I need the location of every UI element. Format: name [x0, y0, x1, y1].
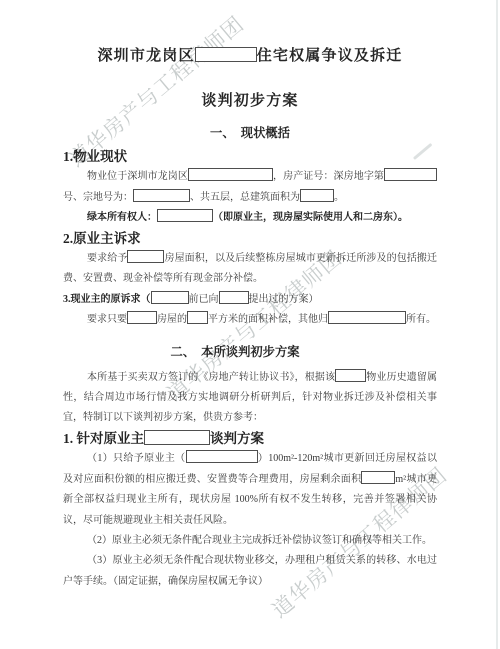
redaction-box [328, 311, 406, 324]
redaction-box [195, 47, 257, 62]
paragraph: 1. 针对原业主谈判方案 [63, 429, 437, 449]
text-run: ，房产证号：深房地字第 [273, 171, 384, 182]
paragraph: 二、 本所谈判初步方案 [63, 343, 407, 361]
paragraph: 一、 现状概括 [63, 124, 437, 142]
paragraph: 绿本所有权人：（即原业主，现房屋实际使用人和二房东）。 [63, 208, 437, 228]
redaction-box [157, 209, 213, 222]
paragraph: 2.原业主诉求 [63, 229, 437, 249]
text-run: （3）原业主必须无条件配合现状物业移交，办理租户租赁关系的转移、水电过户等手续。… [63, 555, 437, 586]
paragraph: （1）只给予原业主（）100m²-120m²城市更新回迁房屋权益以及对应面积份额… [63, 449, 437, 531]
paragraph: 要求只要房屋的平方米的面积补偿，其他归所有。 [63, 310, 437, 330]
paragraph: 深圳市龙岗区住宅权属争议及拆迁 [63, 46, 437, 66]
paragraph: 谈判初步方案 [63, 91, 437, 111]
text-run: 谈判方案 [210, 431, 264, 446]
text-run: （1）只给予原业主（ [87, 453, 186, 464]
redaction-box [335, 369, 366, 382]
text-run: 一、 现状概括 [210, 126, 290, 140]
text-run: 。 [334, 192, 344, 203]
redaction-box [144, 430, 210, 445]
paragraph: 本所基于买卖双方签订的《房地产转让协议书》，根据该物业历史遗留属性，结合周边市场… [63, 368, 437, 429]
paragraph: （2）原业主必须无条件配合现业主完成拆迁补偿协议签订和确权等相关工作。 [63, 531, 437, 551]
redaction-box [127, 250, 164, 263]
redaction-box [188, 168, 273, 181]
text-run: 号、宗地号为： [63, 192, 133, 203]
text-run: 绿本所有权人： [87, 212, 157, 223]
text-run: 1. 针对原业主 [63, 431, 144, 446]
text-run: 前已向 [189, 294, 219, 305]
redaction-box [133, 189, 190, 202]
text-run: 1.物业现状 [63, 149, 127, 164]
text-run: 房屋的 [157, 314, 187, 325]
text-run: 提出过的方案） [249, 294, 319, 305]
redaction-box [219, 291, 249, 304]
text-run: 平方米的面积补偿，其他归 [208, 314, 328, 325]
redaction-box [361, 471, 395, 484]
text-run: 要求给予 [87, 253, 127, 264]
text-run: 住宅权属争议及拆迁 [257, 48, 403, 64]
paragraph: 要求给予房屋面积，以及后续整栋房屋城市更新拆迁所涉及的包括搬迁费、安置费、现金补… [63, 249, 437, 290]
text-run: 谈判初步方案 [201, 93, 298, 109]
text-run: 深圳市龙岗区 [97, 48, 194, 64]
redaction-box [300, 189, 334, 202]
paragraph: 物业位于深圳市龙岗区，房产证号：深房地字第号、宗地号为：、共五层，总建筑面积为。 [63, 167, 437, 208]
text-run: 3.现业主的原诉求（ [63, 294, 151, 305]
text-run: （2）原业主必须无条件配合现业主完成拆迁补偿协议签订和确权等相关工作。 [87, 535, 432, 546]
redaction-box [384, 168, 437, 181]
document-body: 深圳市龙岗区住宅权属争议及拆迁谈判初步方案一、 现状概括1.物业现状物业位于深圳… [0, 0, 500, 592]
text-run: 本所基于买卖双方签订的《房地产转让协议书》，根据该 [87, 372, 335, 383]
redaction-box [187, 311, 208, 324]
text-run: （即原业主，现房屋实际使用人和二房东）。 [213, 212, 408, 223]
text-run: 2.原业主诉求 [63, 231, 141, 246]
redaction-box [127, 311, 157, 324]
text-run: 物业位于深圳市龙岗区 [87, 171, 188, 182]
text-run: 要求只要 [87, 314, 127, 325]
redaction-box [151, 291, 189, 304]
paragraph: （3）原业主必须无条件配合现状物业移交，办理租户租赁关系的转移、水电过户等手续。… [63, 551, 437, 592]
text-run: 二、 本所谈判初步方案 [170, 345, 299, 359]
text-run: 所有。 [406, 314, 436, 325]
redaction-box [186, 450, 258, 463]
scanned-document-page: 道华房产与工程律师团道华房产与工程律师团道华房产与工程律师团 深圳市龙岗区住宅权… [0, 0, 500, 649]
text-run: 、共五层，总建筑面积为 [190, 192, 300, 203]
paragraph: 1.物业现状 [63, 147, 437, 167]
paragraph: 3.现业主的原诉求（前已向提出过的方案） [63, 290, 437, 310]
